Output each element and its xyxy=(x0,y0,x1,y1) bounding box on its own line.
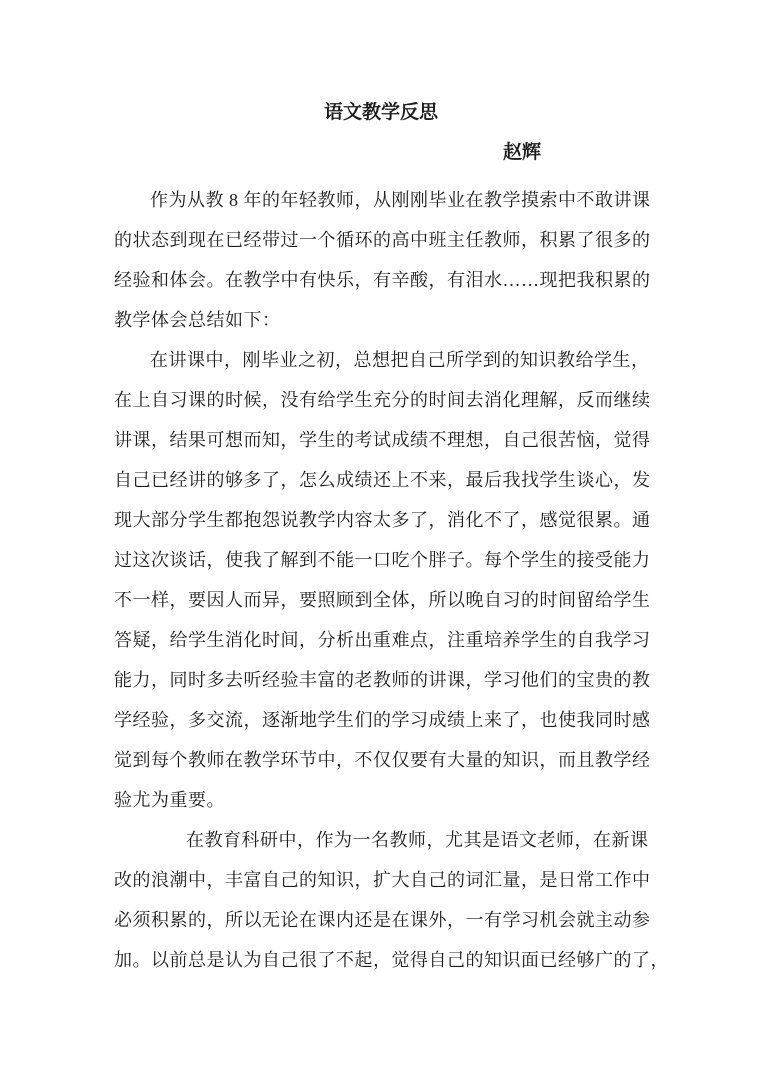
text-line: 在讲课中，刚毕业之初，总想把自己所学到的知识教给学生， xyxy=(114,340,648,380)
text-line: 必须积累的，所以无论在课内还是在课外，一有学习机会就主动参 xyxy=(114,900,648,940)
text-line: 教学体会总结如下： xyxy=(114,300,648,340)
text-line: 讲课，结果可想而知，学生的考试成绩不理想，自己很苦恼，觉得 xyxy=(114,420,648,460)
text-line: 答疑，给学生消化时间，分析出重难点，注重培养学生的自我学习 xyxy=(114,620,648,660)
text-line: 自己已经讲的够多了，怎么成绩还上不来，最后我找学生谈心，发 xyxy=(114,460,648,500)
text-line: 学经验，多交流，逐渐地学生们的学习成绩上来了，也使我同时感 xyxy=(114,700,648,740)
text-line: 经验和体会。在教学中有快乐，有辛酸，有泪水……现把我积累的 xyxy=(114,260,648,300)
text-line: 现大部分学生都抱怨说教学内容太多了，消化不了，感觉很累。通 xyxy=(114,500,648,540)
text-line: 作为从教 8 年的年轻教师，从刚刚毕业在教学摸索中不敢讲课 xyxy=(114,180,648,220)
document-body: 作为从教 8 年的年轻教师，从刚刚毕业在教学摸索中不敢讲课的状态到现在已经带过一… xyxy=(114,180,648,980)
text-line: 在教育科研中，作为一名教师，尤其是语文老师，在新课 xyxy=(114,820,648,860)
text-line: 的状态到现在已经带过一个循环的高中班主任教师，积累了很多的 xyxy=(114,220,648,260)
text-line: 改的浪潮中，丰富自己的知识，扩大自己的词汇量，是日常工作中 xyxy=(114,860,648,900)
document-author: 赵辉 xyxy=(114,133,648,173)
paragraph: 在讲课中，刚毕业之初，总想把自己所学到的知识教给学生，在上自习课的时候，没有给学… xyxy=(114,340,648,820)
paragraph: 在教育科研中，作为一名教师，尤其是语文老师，在新课改的浪潮中，丰富自己的知识，扩… xyxy=(114,820,648,980)
text-line: 加。以前总是认为自己很了不起，觉得自己的知识面已经够广的了， xyxy=(114,940,648,980)
text-line: 不一样，要因人而异，要照顾到全体，所以晚自习的时间留给学生 xyxy=(114,580,648,620)
text-line: 验尤为重要。 xyxy=(114,780,648,820)
text-line: 觉到每个教师在教学环节中，不仅仅要有大量的知识，而且教学经 xyxy=(114,740,648,780)
document-page: 语文教学反思 赵辉 作为从教 8 年的年轻教师，从刚刚毕业在教学摸索中不敢讲课的… xyxy=(0,0,763,1080)
text-line: 过这次谈话，使我了解到不能一口吃个胖子。每个学生的接受能力 xyxy=(114,540,648,580)
paragraph: 作为从教 8 年的年轻教师，从刚刚毕业在教学摸索中不敢讲课的状态到现在已经带过一… xyxy=(114,180,648,340)
text-line: 在上自习课的时候，没有给学生充分的时间去消化理解，反而继续 xyxy=(114,380,648,420)
text-line: 能力，同时多去听经验丰富的老教师的讲课，学习他们的宝贵的教 xyxy=(114,660,648,700)
document-title: 语文教学反思 xyxy=(114,93,648,133)
document-content: 语文教学反思 赵辉 作为从教 8 年的年轻教师，从刚刚毕业在教学摸索中不敢讲课的… xyxy=(0,93,763,980)
